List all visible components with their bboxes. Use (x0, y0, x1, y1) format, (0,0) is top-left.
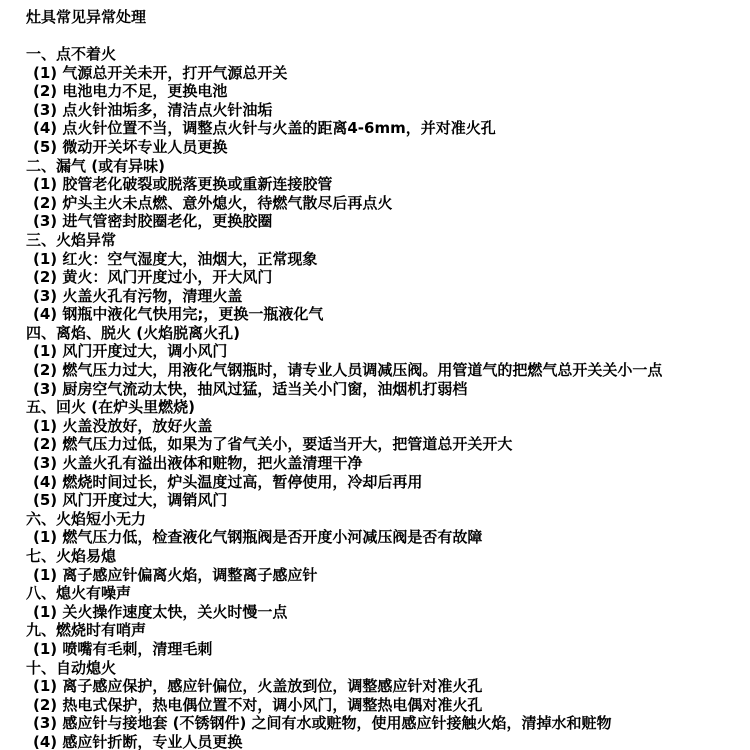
item-text: ，更换胶圈 (197, 212, 272, 230)
list-item: (2) 燃气压力过低，如果为了省气关小，要适当开大，把管道总开关开大 (26, 435, 726, 454)
list-item: (3) 火盖火孔有溢出液体和赃物，把火盖清理干净 (26, 454, 726, 473)
list-item: (1) 火盖没放好，放好火盖 (26, 417, 726, 436)
list-item: (4) 点火针位置不当，调整点火针与火盖的距离4-6mm，并对准火孔 (26, 119, 726, 138)
list-item: (1) 红火：空气湿度大，油烟大，正常现象 (26, 250, 726, 269)
section-heading: 八、熄火有噪声 (26, 584, 726, 603)
list-item: (5) 风门开度过大，调销风门 (26, 491, 726, 510)
section-heading: 一、点不着火 (26, 45, 726, 64)
list-item: (2) 电池电力不足，更换电池 (26, 82, 726, 101)
list-item: (3) 厨房空气流动太快，抽风过猛，适当关小门窗，油烟机打弱档 (26, 380, 726, 399)
section-heading: 五、回火 (在炉头里燃烧) (26, 398, 726, 417)
section-heading: 七、火焰易熄 (26, 547, 726, 566)
list-item: (3) 感应针与接地套 (不锈钢件) 之间有水或赃物，使用感应针接触火焰，清掉水… (26, 714, 726, 733)
document-page: 灶具常见异常处理 一、点不着火 (1) 气源总开关未开，打开气源总开关 (2) … (26, 8, 726, 750)
list-item: (3) 进气管密封胶圈老化，更换胶圈 (26, 212, 726, 231)
list-item: (2) 燃气压力过大，用液化气钢瓶时，请专业人员调减压阀。用管道气的把燃气总开关… (26, 361, 726, 380)
list-item: (1) 胶管老化破裂或脱落更换或重新连接胶管 (26, 175, 726, 194)
section-heading: 二、漏气 (或有异味) (26, 157, 726, 176)
item-text-bold: 化 (182, 212, 197, 230)
list-item: (3) 点火针油垢多，清洁点火针油垢 (26, 101, 726, 120)
list-item: (2) 热电式保护，热电偶位置不对，调小风门，调整热电偶对准火孔 (26, 696, 726, 715)
list-item: (1) 喷嘴有毛刺，清理毛刺 (26, 640, 726, 659)
list-item: (4) 钢瓶中液化气快用完;，更换一瓶液化气 (26, 305, 726, 324)
list-item: (5) 微动开关坏专业人员更换 (26, 138, 726, 157)
list-item: (1) 气源总开关未开，打开气源总开关 (26, 64, 726, 83)
list-item: (4) 燃烧时间过长，炉头温度过高，暂停使用，冷却后再用 (26, 473, 726, 492)
section-heading: 九、燃烧时有哨声 (26, 621, 726, 640)
list-item: (1) 关火操作速度太快，关火时慢一点 (26, 603, 726, 622)
section-heading: 六、火焰短小无力 (26, 510, 726, 529)
list-item: (4) 感应针折断，专业人员更换 (26, 733, 726, 750)
list-item: (1) 离子感应保护，感应针偏位，火盖放到位，调整感应针对准火孔 (26, 677, 726, 696)
list-item: (1) 离子感应针偏离火焰，调整离子感应针 (26, 566, 726, 585)
page-title: 灶具常见异常处理 (26, 8, 726, 27)
section-heading: 四、离焰、脱火 (火焰脱离火孔) (26, 324, 726, 343)
list-item: (1) 风门开度过大，调小风门 (26, 342, 726, 361)
section-heading: 十、自动熄火 (26, 659, 726, 678)
list-item: (2) 炉头主火未点燃、意外熄火，待燃气散尽后再点火 (26, 194, 726, 213)
list-item: (1) 燃气压力低，检查液化气钢瓶阀是否开度小河减压阀是否有故障 (26, 528, 726, 547)
list-item: (2) 黄火：风门开度过小，开大风门 (26, 268, 726, 287)
item-text: (3) 进气管密封胶圈老 (33, 212, 182, 230)
section-heading: 三、火焰异常 (26, 231, 726, 250)
list-item: (3) 火盖火孔有污物，清理火盖 (26, 287, 726, 306)
